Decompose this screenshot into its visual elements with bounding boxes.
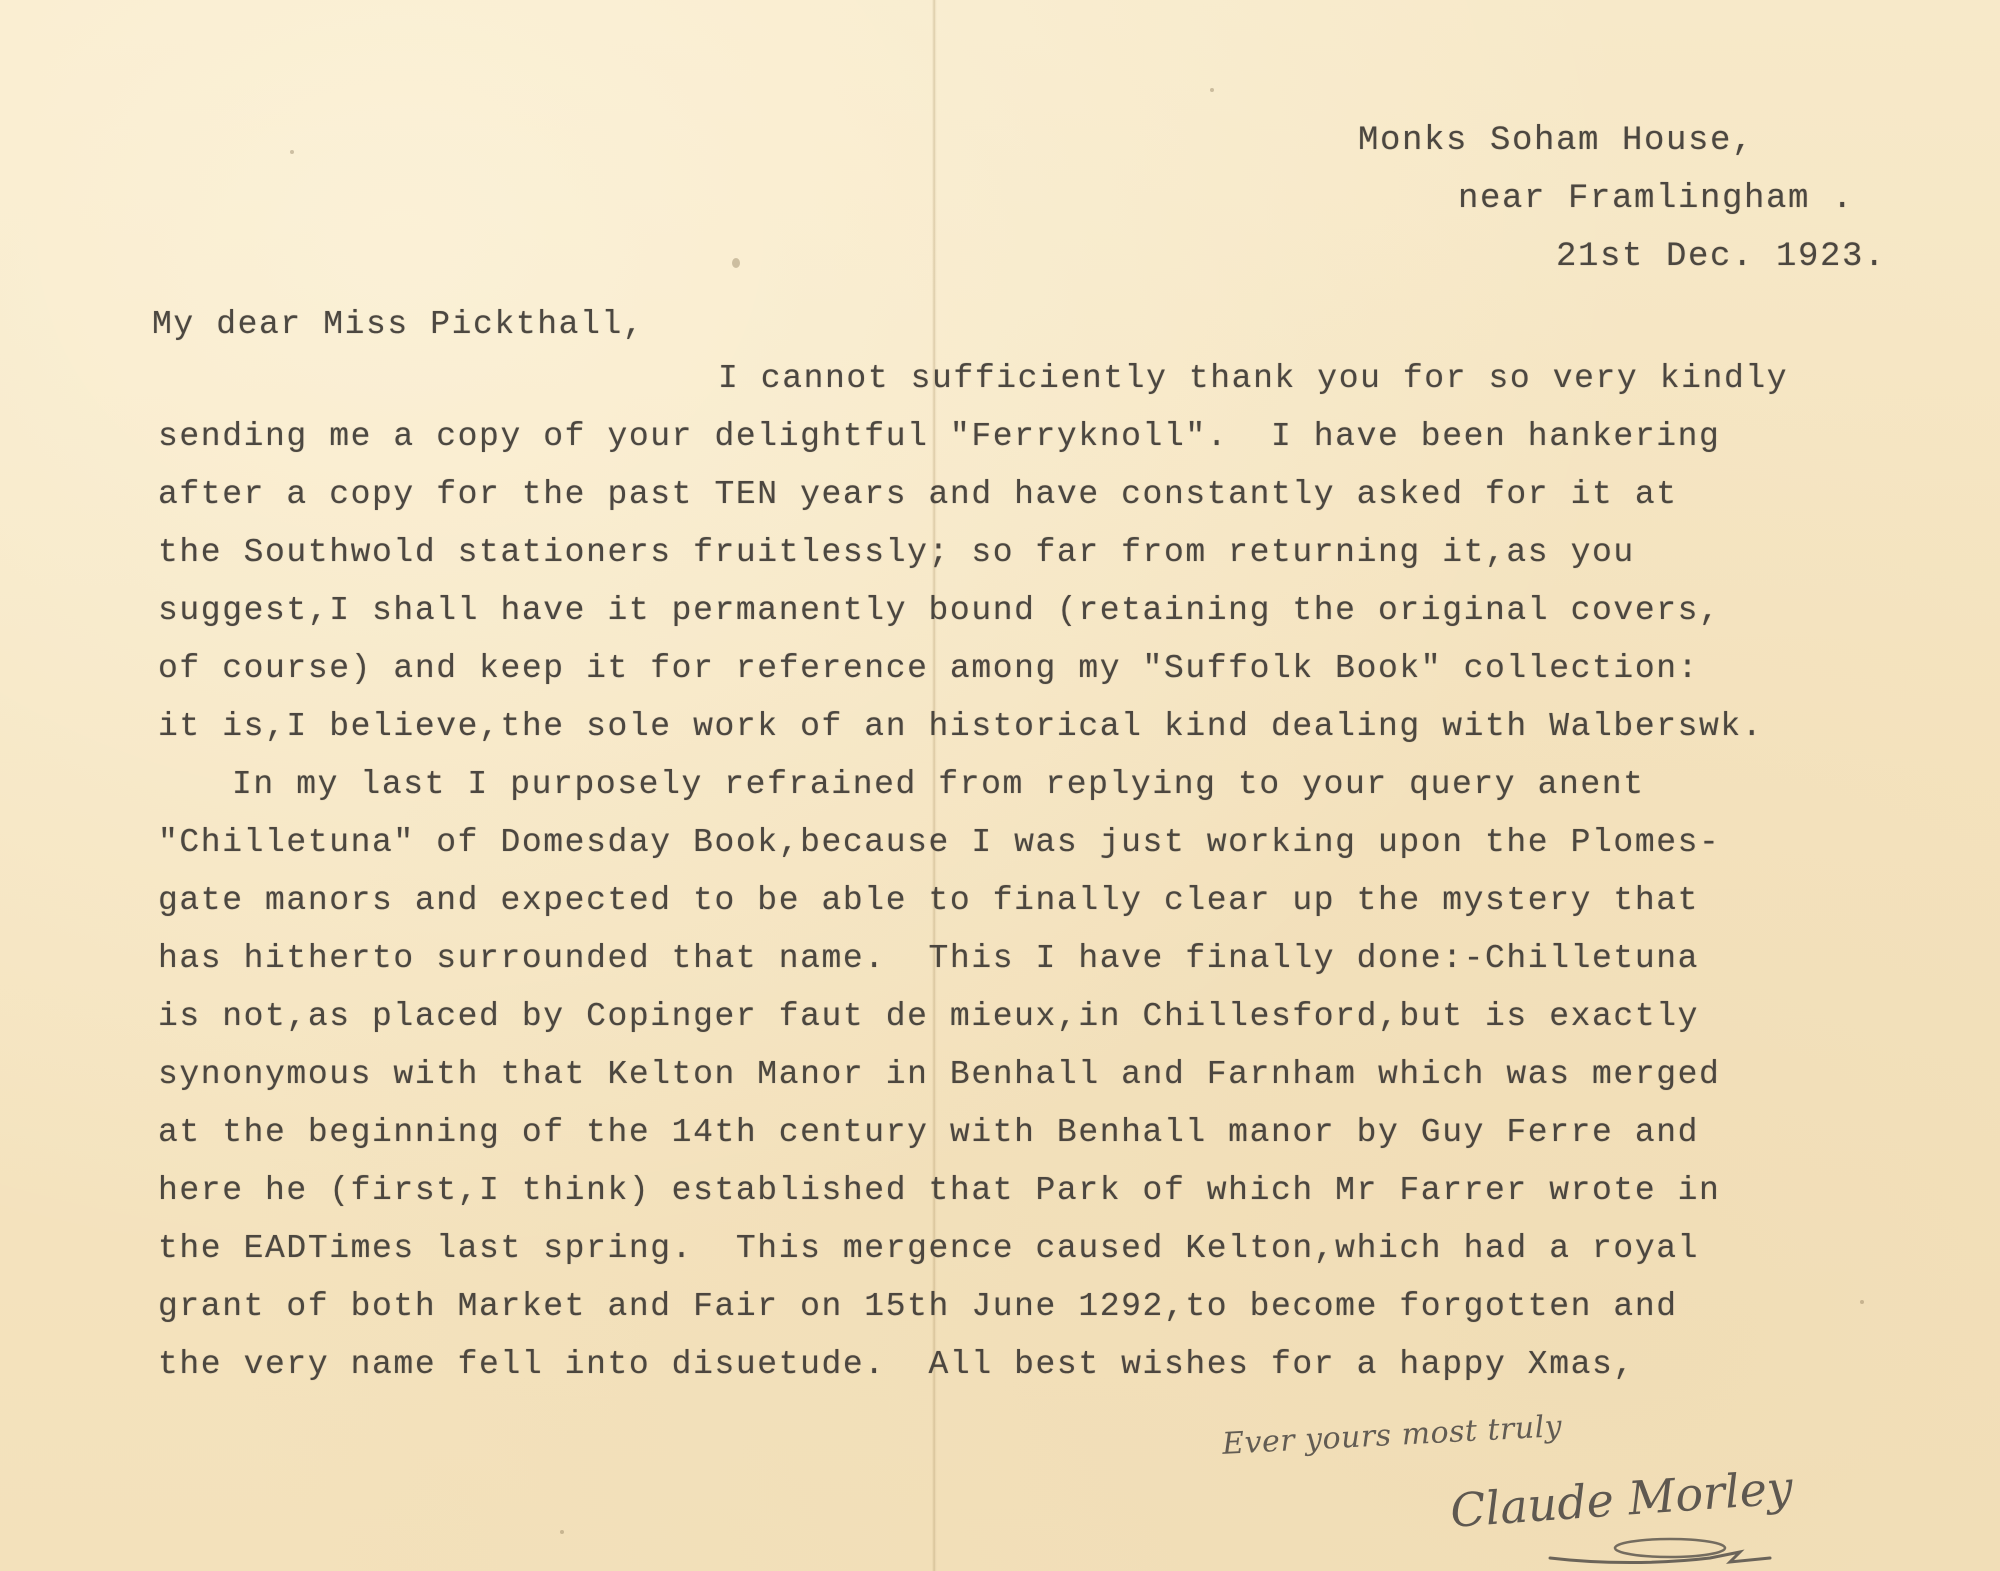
body-line: grant of both Market and Fair on 15th Ju… <box>158 1288 1678 1325</box>
paper-speck <box>560 1530 564 1534</box>
body-line: is not,as placed by Copinger faut de mie… <box>158 998 1699 1035</box>
paper-speck <box>732 258 740 268</box>
letter-date: 21st Dec. 1923. <box>1556 238 1886 276</box>
handwritten-closing: Ever yours most truly <box>1221 1409 1563 1462</box>
paper-speck <box>1210 88 1214 92</box>
body-line: the Southwold stationers fruitlessly; so… <box>158 534 1635 571</box>
body-line: of course) and keep it for reference amo… <box>158 650 1699 687</box>
body-line: I cannot sufficiently thank you for so v… <box>718 360 1788 397</box>
salutation: My dear Miss Pickthall, <box>152 306 644 343</box>
body-line: here he (first,I think) established that… <box>158 1172 1720 1209</box>
body-line: at the beginning of the 14th century wit… <box>158 1114 1699 1151</box>
handwritten-signature: Claude Morley <box>1449 1460 1795 1538</box>
paper-speck <box>1860 1300 1864 1304</box>
address-line-1: Monks Soham House, <box>1358 122 1754 160</box>
body-line: the EADTimes last spring. This mergence … <box>158 1230 1699 1267</box>
body-line: gate manors and expected to be able to f… <box>158 882 1699 919</box>
body-line: the very name fell into disuetude. All b… <box>158 1346 1635 1383</box>
body-line: "Chilletuna" of Domesday Book,because I … <box>158 824 1720 861</box>
body-line: sending me a copy of your delightful "Fe… <box>158 418 1720 455</box>
body-line: after a copy for the past TEN years and … <box>158 476 1678 513</box>
address-line-2: near Framlingham . <box>1458 180 1854 218</box>
body-line: synonymous with that Kelton Manor in Ben… <box>158 1056 1720 1093</box>
body-line: it is,I believe,the sole work of an hist… <box>158 708 1763 745</box>
body-line: has hitherto surrounded that name. This … <box>158 940 1699 977</box>
signature-flourish-icon <box>1540 1530 1780 1570</box>
paper-speck <box>290 150 294 154</box>
body-line: suggest,I shall have it permanently boun… <box>158 592 1720 629</box>
body-line: In my last I purposely refrained from re… <box>232 766 1645 803</box>
letter-paper: Monks Soham House, near Framlingham . 21… <box>0 0 2000 1571</box>
